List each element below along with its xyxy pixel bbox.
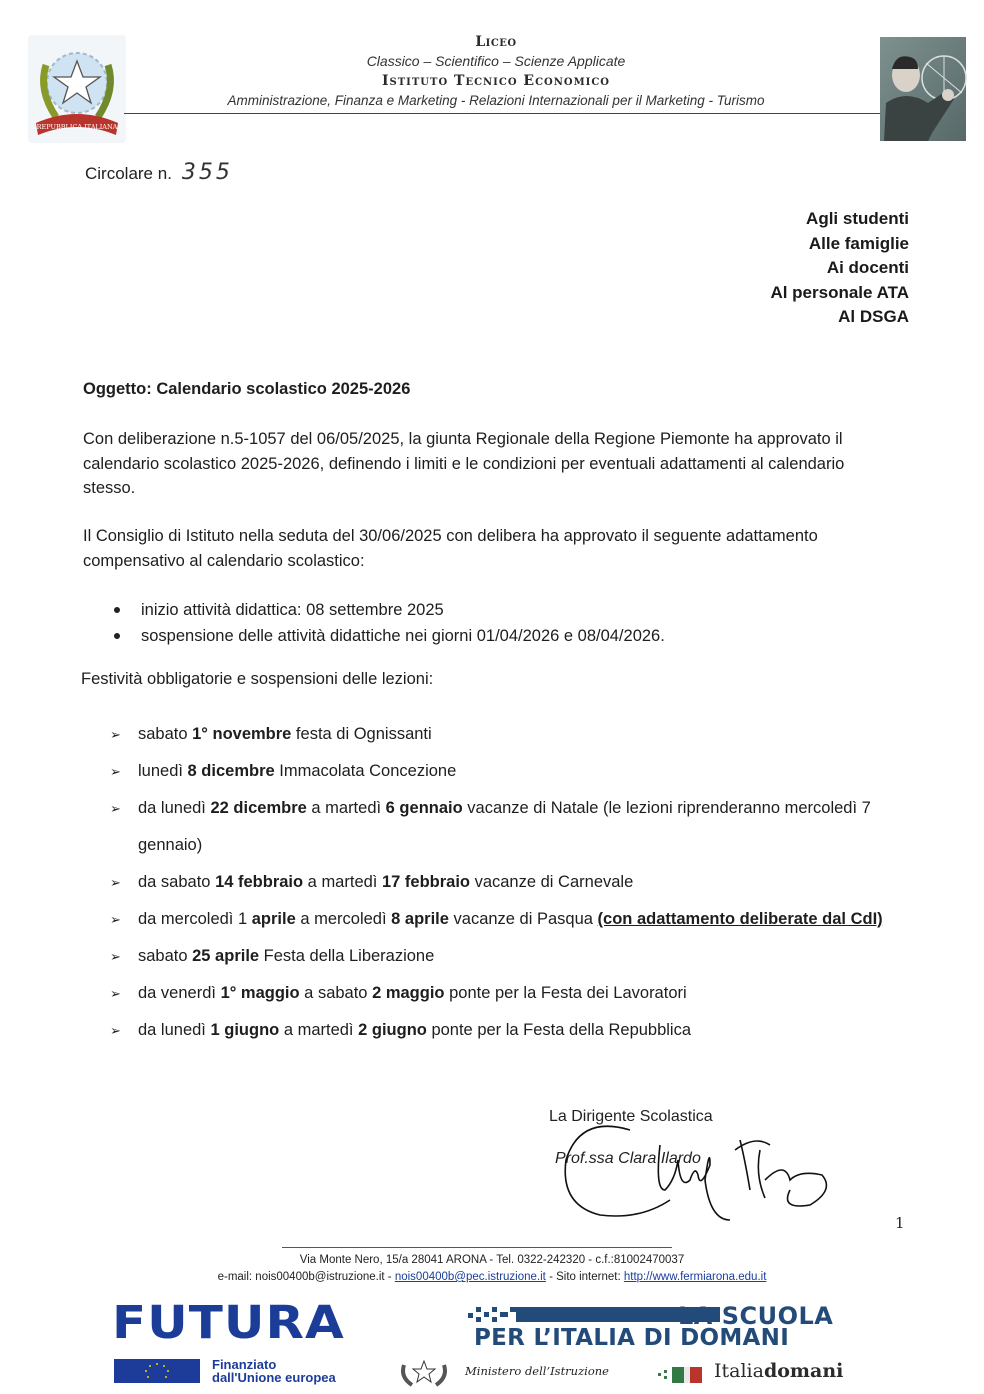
school-header: Liceo Classico – Scientifico – Scienze A… [140,33,852,111]
eu-funding-text: Finanziato dall'Unione europea [212,1358,336,1384]
holiday-item: ➢sabato 1° novembre festa di Ognissanti [110,716,910,753]
domani-text: domani [764,1360,843,1382]
eu-line2: dall'Unione europea [212,1371,336,1384]
date-emphasis: 6 gennaio [386,799,463,817]
italia-text: Italia [714,1360,764,1382]
recipient: Al personale ATA [770,281,909,306]
holiday-item: ➢da lunedì 1 giugno a martedì 2 giugno p… [110,1012,910,1049]
arrow-bullet-icon: ➢ [110,753,121,790]
holidays-list: ➢sabato 1° novembre festa di Ognissanti➢… [110,716,910,1049]
holiday-item: ➢sabato 25 aprile Festa della Liberazion… [110,938,910,975]
adaptation-bullets: inizio attività didattica: 08 settembre … [110,597,665,649]
holiday-text: da sabato [138,873,215,891]
holiday-text: a martedì [303,873,382,891]
svg-text:REPUBBLICA ITALIANA: REPUBBLICA ITALIANA [37,123,118,131]
bullet-item: sospensione delle attività didattiche ne… [110,623,665,649]
ministry-name: Ministero dell’Istruzione [465,1364,609,1378]
underlined-note: (con adattamento deliberate dal CdI) [598,910,883,928]
arrow-bullet-icon: ➢ [110,1012,121,1049]
holiday-text: da mercoledì 1 [138,910,252,928]
arrow-bullet-icon: ➢ [110,864,121,901]
holiday-item: ➢da lunedì 22 dicembre a martedì 6 genna… [110,790,910,864]
date-emphasis: aprile [252,910,296,928]
footer-divider [282,1247,672,1248]
arrow-bullet-icon: ➢ [110,790,121,827]
scuola-line1: LA SCUOLA [678,1302,833,1330]
holiday-text: vacanze di Pasqua [449,910,598,928]
footer-address: Via Monte Nero, 15/a 28041 ARONA - Tel. … [0,1252,984,1269]
date-emphasis: 14 febbraio [215,873,303,891]
bullet-item: inizio attività didattica: 08 settembre … [110,597,665,623]
footer-site-label: - Sito internet: [546,1271,624,1283]
scuola-italia-domani-logo: LA SCUOLA PER L’ITALIA DI DOMANI [466,1304,866,1350]
date-emphasis: 2 giugno [358,1021,427,1039]
holiday-text: lunedì [138,762,188,780]
circular-number-handwritten: 355 [182,160,233,185]
holiday-text: a mercoledì [296,910,391,928]
fermi-portrait-image [876,33,968,143]
footer-email-line: e-mail: nois00400b@istruzione.it - nois0… [0,1269,984,1286]
header-ite-courses: Amministrazione, Finanza e Marketing - R… [140,91,852,111]
holiday-text: festa di Ognissanti [291,725,431,743]
holiday-text: Festa della Liberazione [259,947,434,965]
holiday-text: a sabato [300,984,372,1002]
recipient: Al DSGA [770,305,909,330]
date-emphasis: 17 febbraio [382,873,470,891]
arrow-bullet-icon: ➢ [110,975,121,1012]
holiday-item: ➢lunedì 8 dicembre Immacolata Concezione [110,753,910,790]
holiday-text: da lunedì [138,799,210,817]
subject-line: Oggetto: Calendario scolastico 2025-2026 [83,380,410,399]
paragraph-council: Il Consiglio di Istituto nella seduta de… [83,524,923,573]
page-number: 1 [895,1214,905,1232]
holiday-text: a martedì [279,1021,358,1039]
holiday-text: vacanze di Carnevale [470,873,633,891]
italia-domani-flag-icon [656,1364,704,1384]
date-emphasis: 8 aprile [391,910,449,928]
eu-flag-icon [114,1359,200,1383]
handwritten-signature [560,1120,840,1230]
header-liceo: Liceo [140,33,852,51]
holiday-text: ponte per la Festa dei Lavoratori [445,984,687,1002]
arrow-bullet-icon: ➢ [110,716,121,753]
recipient: Ai docenti [770,256,909,281]
recipient: Agli studenti [770,207,909,232]
pec-link[interactable]: nois00400b@pec.istruzione.it [395,1271,546,1283]
holiday-text: da venerdì [138,984,221,1002]
date-emphasis: 25 aprile [192,947,259,965]
holiday-item: ➢da sabato 14 febbraio a martedì 17 febb… [110,864,910,901]
holidays-heading: Festività obbligatorie e sospensioni del… [81,670,433,689]
futura-logo: FUTURA [112,1300,345,1345]
holiday-text: a martedì [307,799,386,817]
header-ite: Istituto Tecnico Economico [140,71,852,91]
arrow-bullet-icon: ➢ [110,901,121,938]
holiday-item: ➢da venerdì 1° maggio a sabato 2 maggio … [110,975,910,1012]
pixel-dots-icon [466,1307,518,1323]
holiday-text: ponte per la Festa della Repubblica [427,1021,691,1039]
date-emphasis: 8 dicembre [188,762,275,780]
holiday-text: da lunedì [138,1021,210,1039]
holiday-text: Immacolata Concezione [275,762,457,780]
recipient: Alle famiglie [770,232,909,257]
header-divider [124,113,880,114]
recipients-list: Agli studenti Alle famiglie Ai docenti A… [770,207,909,330]
holiday-text: sabato [138,947,192,965]
footer-contacts: Via Monte Nero, 15/a 28041 ARONA - Tel. … [0,1252,984,1286]
republic-emblem-small-icon [398,1357,450,1387]
header-liceo-tracks: Classico – Scientifico – Scienze Applica… [140,51,852,71]
date-emphasis: 1° novembre [192,725,291,743]
paragraph-deliberation: Con deliberazione n.5-1057 del 06/05/202… [83,427,873,501]
footer-email: e-mail: nois00400b@istruzione.it - [218,1271,395,1283]
date-emphasis: 22 dicembre [210,799,306,817]
italian-republic-emblem: REPUBBLICA ITALIANA [28,35,126,143]
date-emphasis: 1 giugno [210,1021,279,1039]
holiday-text: sabato [138,725,192,743]
date-emphasis: 2 maggio [372,984,444,1002]
italia-domani-logo: Italiadomani [714,1360,843,1382]
circular-label: Circolare n. [85,164,172,183]
arrow-bullet-icon: ➢ [110,938,121,975]
holiday-item: ➢da mercoledì 1 aprile a mercoledì 8 apr… [110,901,910,938]
website-link[interactable]: http://www.fermiarona.edu.it [624,1271,767,1283]
date-emphasis: 1° maggio [221,984,300,1002]
circular-number: Circolare n.355 [85,160,233,185]
